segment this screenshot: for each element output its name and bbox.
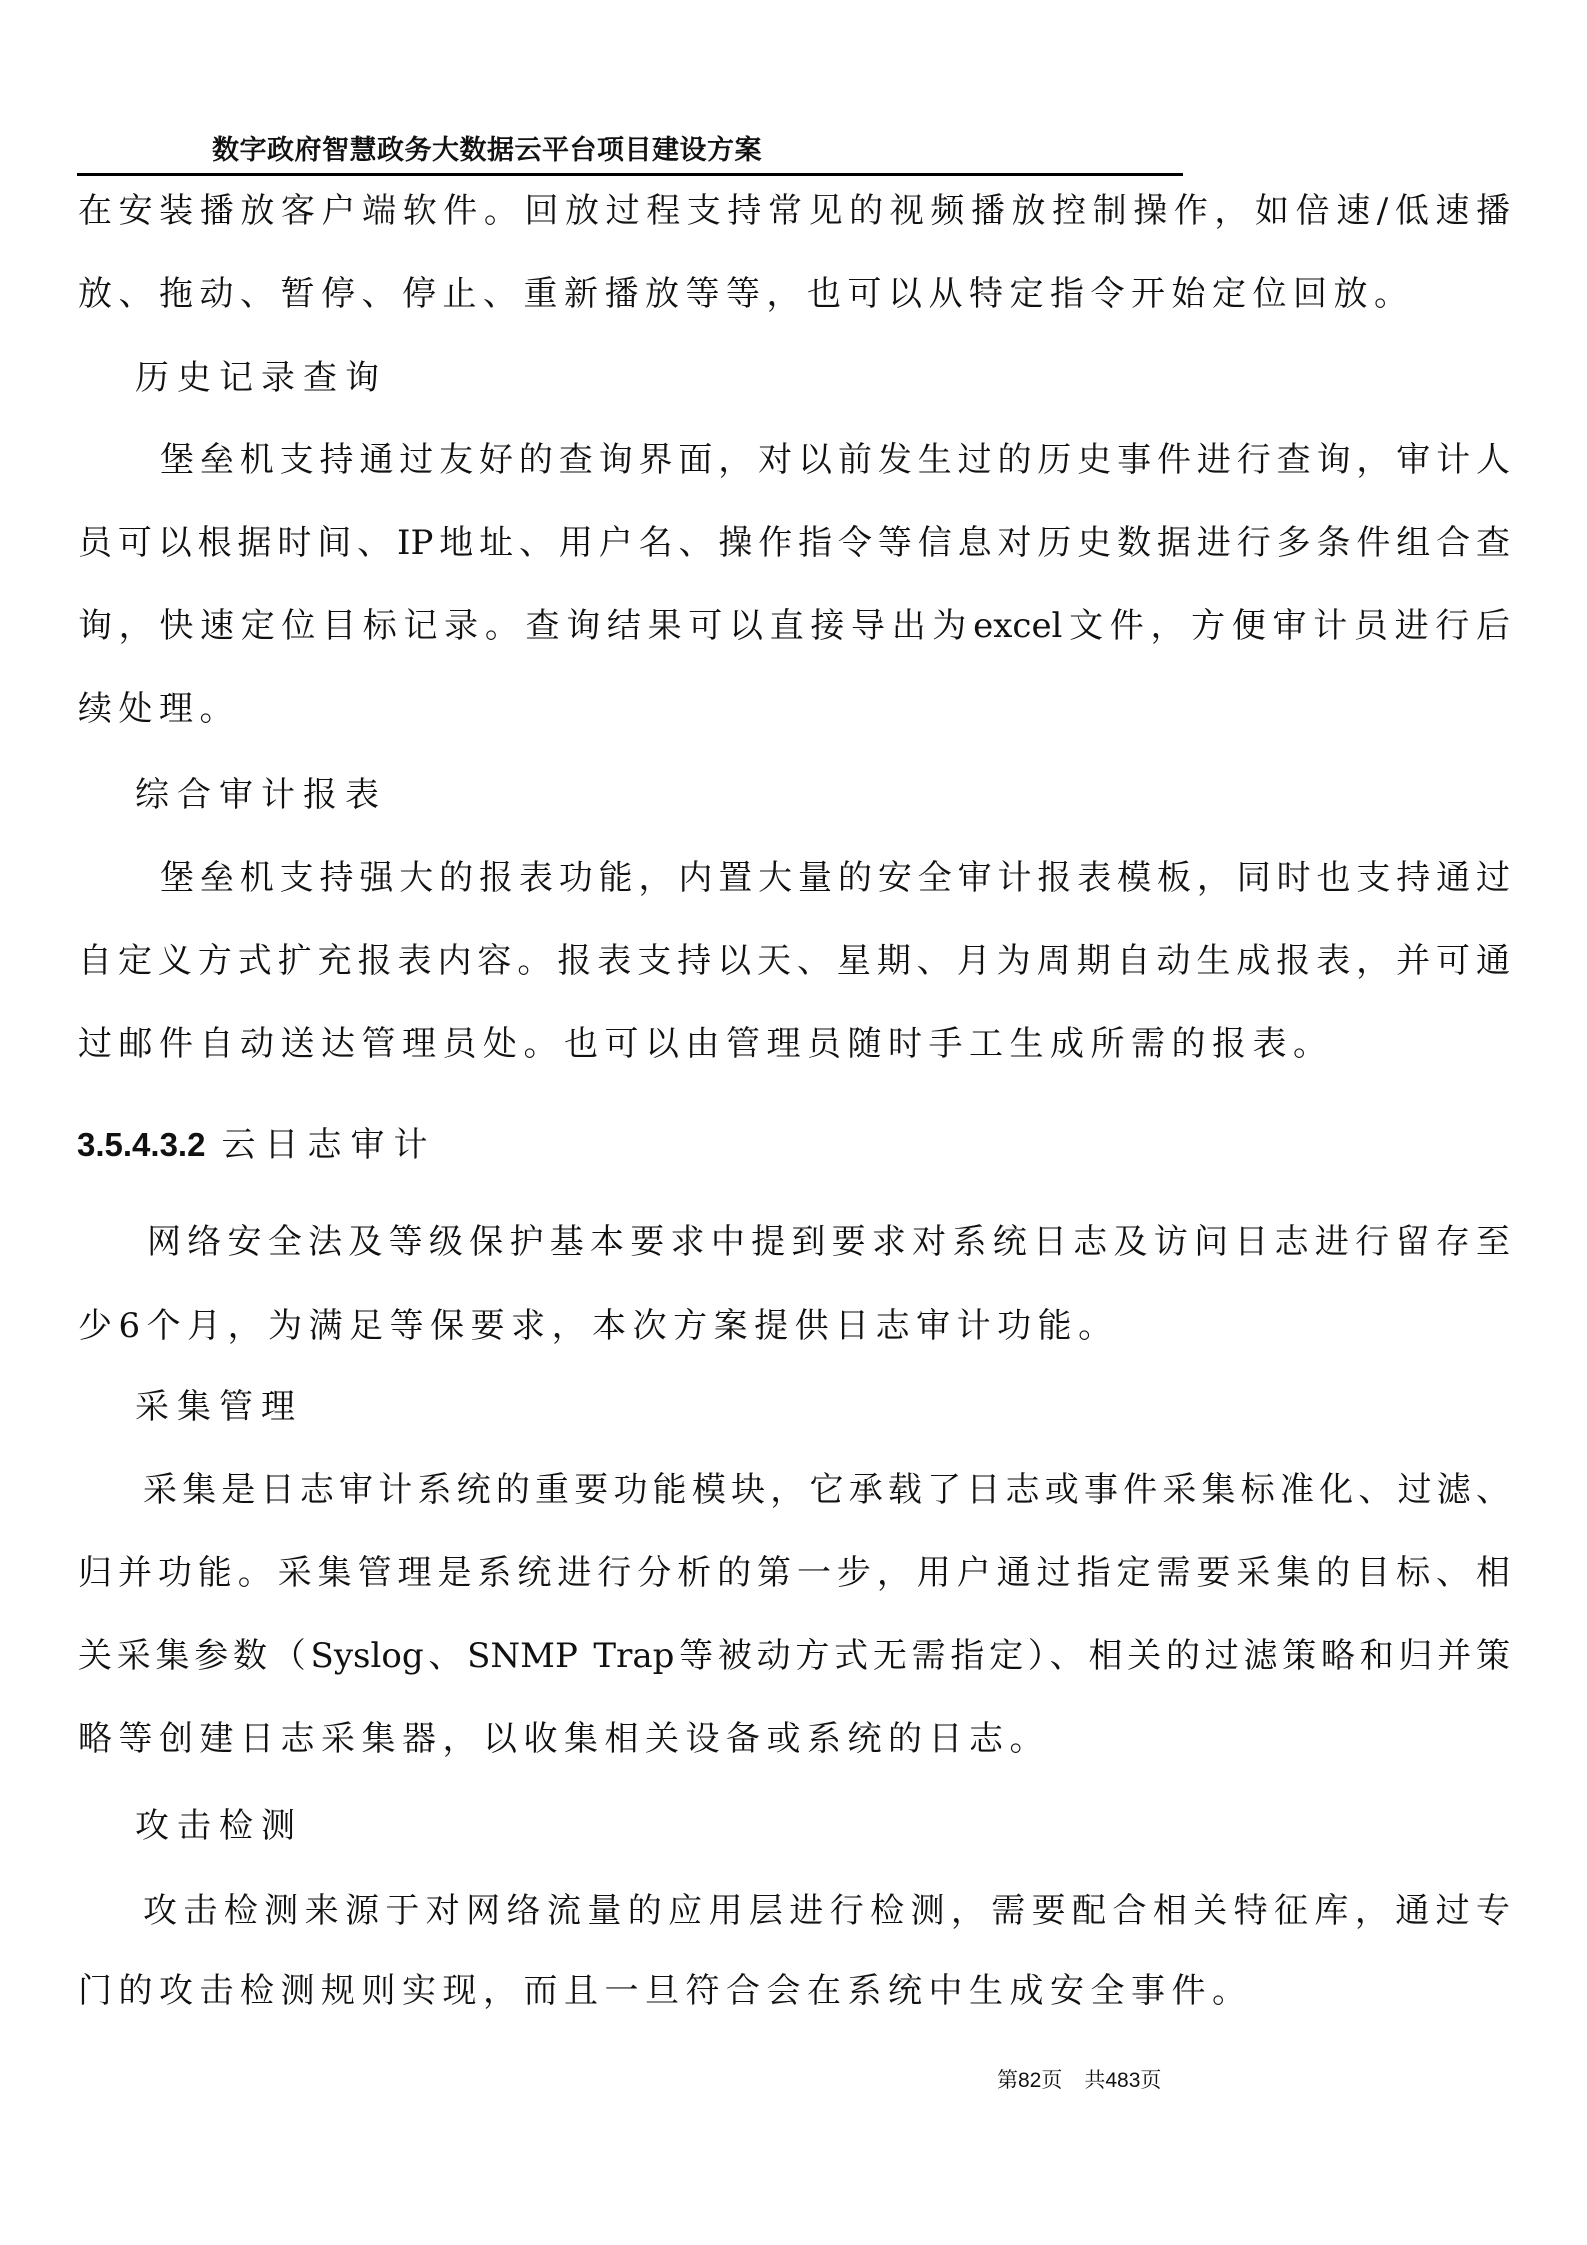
section-heading: 3.5.4.3.2云日志审计 <box>77 1122 436 1168</box>
subheading-history-query: 历史记录查询 <box>135 356 387 400</box>
paragraph-line: 在安装播放客户端软件。回放过程支持常见的视频播放控制操作，如倍速/低速播 <box>78 189 1510 233</box>
paragraph-line: 少6个月，为满足等保要求，本次方案提供日志审计功能。 <box>78 1304 1119 1348</box>
page-current: 82 <box>1018 2068 1041 2094</box>
paragraph-line: 放、拖动、暂停、停止、重新播放等等，也可以从特定指令开始定位回放。 <box>78 272 1415 316</box>
paragraph-line: 归并功能。采集管理是系统进行分析的第一步，用户通过指定需要采集的目标、相 <box>78 1551 1510 1595</box>
subheading-attack-detection: 攻击检测 <box>135 1804 303 1848</box>
paragraph-line: 自定义方式扩充报表内容。报表支持以天、星期、月为周期自动生成报表，并可通 <box>78 939 1510 983</box>
paragraph-line: 门的攻击检测规则实现，而且一旦符合会在系统中生成安全事件。 <box>78 1969 1253 2013</box>
paragraph-line: 过邮件自动送达管理员处。也可以由管理员随时手工生成所需的报表。 <box>78 1022 1334 1066</box>
paragraph-line: 询，快速定位目标记录。查询结果可以直接导出为excel文件，方便审计员进行后 <box>78 604 1510 648</box>
page-label-prefix: 第 <box>997 2068 1018 2094</box>
paragraph-line: 攻击检测来源于对网络流量的应用层进行检测，需要配合相关特征库，通过专 <box>143 1889 1510 1933</box>
paragraph-line: 网络安全法及等级保护基本要求中提到要求对系统日志及访问日志进行留存至 <box>147 1220 1510 1264</box>
subheading-audit-report: 综合审计报表 <box>135 773 387 817</box>
paragraph-line: 关采集参数（Syslog、SNMP Trap等被动方式无需指定）、相关的过滤策略… <box>78 1634 1510 1678</box>
subheading-collection: 采集管理 <box>135 1385 303 1429</box>
page-label-suffix: 页 <box>1041 2068 1062 2094</box>
page-footer: 第82页共483页 <box>997 2068 1161 2094</box>
paragraph-line: 采集是日志审计系统的重要功能模块，它承载了日志或事件采集标准化、过滤、 <box>143 1468 1510 1512</box>
paragraph-line: 员可以根据时间、IP地址、用户名、操作指令等信息对历史数据进行多条件组合查 <box>78 521 1510 565</box>
header-rule <box>77 173 1183 176</box>
paragraph-line: 续处理。 <box>78 687 240 731</box>
total-label-prefix: 共 <box>1084 2068 1105 2094</box>
page-total: 483 <box>1105 2068 1140 2094</box>
total-label-suffix: 页 <box>1140 2068 1161 2094</box>
paragraph-line: 略等创建日志采集器，以收集相关设备或系统的日志。 <box>78 1717 1050 1761</box>
section-number: 3.5.4.3.2 <box>77 1126 205 1163</box>
running-header-title: 数字政府智慧政务大数据云平台项目建设方案 <box>212 134 762 168</box>
paragraph-line: 堡垒机支持强大的报表功能，内置大量的安全审计报表模板，同时也支持通过 <box>160 856 1510 900</box>
paragraph-line: 堡垒机支持通过友好的查询界面，对以前发生过的历史事件进行查询，审计人 <box>160 438 1510 482</box>
section-title: 云日志审计 <box>221 1125 436 1165</box>
